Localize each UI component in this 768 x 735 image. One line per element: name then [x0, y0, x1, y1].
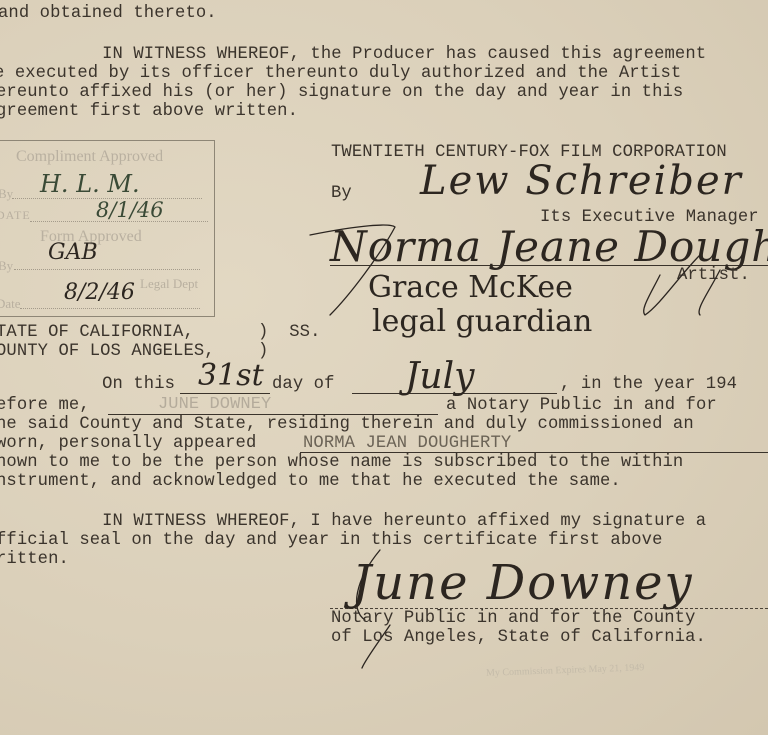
text-line: IN WITNESS WHEREOF, I have hereunto affi…: [0, 512, 706, 531]
stamp-heading-compliment: Compliment Approved: [16, 148, 163, 166]
stamp-by-label-2: By: [0, 258, 13, 274]
text-line: ritten.: [0, 550, 69, 569]
signature-flourish: [300, 215, 768, 325]
notary-public-label: a Notary Public in and for: [446, 396, 717, 415]
officer-signature: Lew Schreiber: [420, 158, 743, 204]
on-this-label: On this: [0, 375, 185, 394]
notary-signature-flourish: [350, 540, 470, 670]
stamp-by-label: By: [0, 186, 13, 202]
stamp-initials-1: H. L. M.: [40, 170, 140, 198]
text-line: IN WITNESS WHEREOF, the Producer has cau…: [0, 45, 706, 64]
top-cut-line: and obtained thereto.: [0, 4, 217, 23]
stamp-date-2: 8/2/46: [64, 280, 135, 305]
stamp-initials-2: GAB: [48, 240, 98, 265]
day-value: 31st: [198, 358, 264, 393]
state-line: TATE OF CALIFORNIA,: [0, 323, 194, 342]
commission-stamp: My Commission Expires May 21, 1949: [486, 662, 645, 679]
text-line: nown to me to be the person whose name i…: [0, 453, 683, 472]
stamp-date-1: 8/1/46: [96, 198, 164, 222]
text-line: he said County and State, residing there…: [0, 415, 694, 434]
stamp-dept-label: Legal Dept: [140, 276, 198, 292]
year-label: , in the year 194: [560, 375, 737, 394]
stamp-line: [14, 269, 200, 270]
text-line: greement first above written.: [0, 102, 298, 121]
day-field-line: [180, 393, 270, 394]
appeared-label: worn, personally appeared: [0, 434, 267, 453]
text-line: ereunto affixed his (or her) signature o…: [0, 83, 683, 102]
notary-title-line-2: of Los Angeles, State of California.: [331, 628, 706, 647]
before-me-label: efore me,: [0, 396, 90, 415]
by-label: By: [331, 184, 352, 203]
ss-label: ) SS.: [258, 323, 321, 342]
day-of-label: day of: [272, 375, 335, 394]
notary-title-line-1: Notary Public in and for the County: [331, 609, 696, 628]
stamp-date-label-2: Date: [0, 296, 21, 312]
month-value: July: [405, 356, 474, 397]
appeared-name: NORMA JEAN DOUGHERTY: [303, 434, 511, 453]
stamp-date-label: DATE: [0, 208, 31, 223]
stamp-line: [20, 308, 200, 309]
notary-name-stamp: JUNE DOWNEY: [158, 395, 271, 414]
text-line: e executed by its officer thereunto duly…: [0, 64, 681, 83]
county-line: OUNTY OF LOS ANGELES,: [0, 342, 215, 361]
text-line: nstrument, and acknowledged to me that h…: [0, 472, 621, 491]
text-line: fficial seal on the day and year in this…: [0, 531, 663, 550]
